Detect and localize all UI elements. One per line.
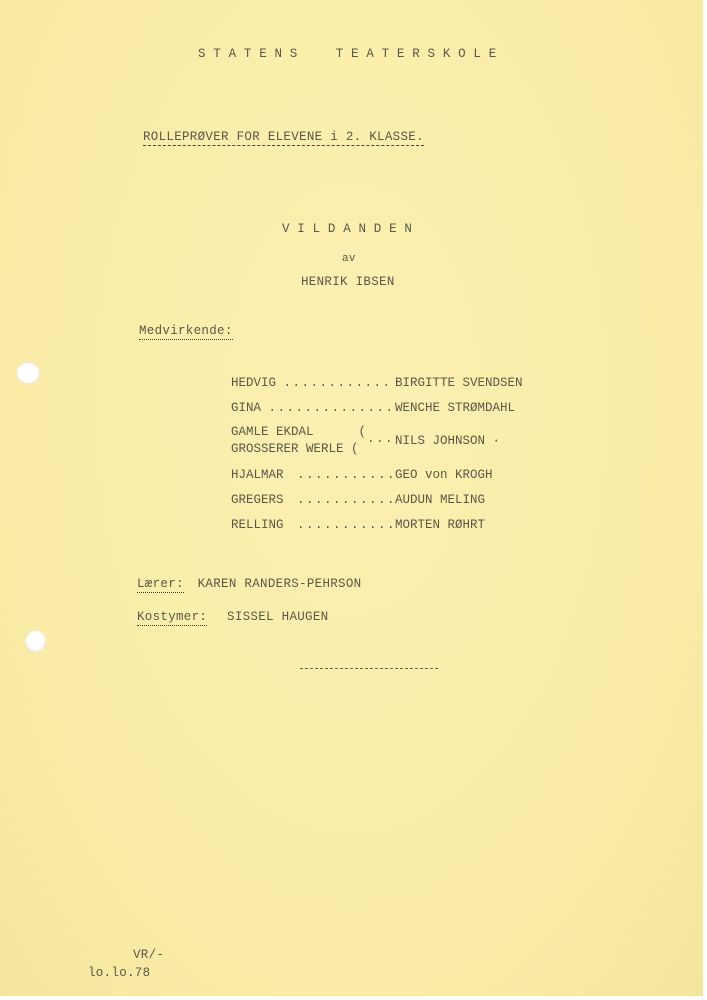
document-page: STATENS TEATERSKOLE ROLLEPRØVER FOR ELEV… [0,0,703,996]
cast-dots: ........... [297,518,396,532]
teacher-name: KAREN RANDERS-PEHRSON [198,577,362,591]
cast-role: GAMLE EKDAL ( [231,425,366,439]
page-edge [0,996,707,1000]
cast-dots: .............. [269,401,395,415]
document-heading: ROLLEPRØVER FOR ELEVENE i 2. KLASSE. [143,130,424,146]
cast-actor: AUDUN MELING [395,493,485,507]
punch-hole [16,362,40,384]
cast-actor: WENCHE STRØMDAHL [395,401,515,415]
costumes-name: SISSEL HAUGEN [227,610,328,624]
play-author: HENRIK IBSEN [301,275,395,289]
cast-row: GREGERS ........... AUDUN MELING [231,493,396,507]
cast-row: RELLING ........... MORTEN RØHRT [231,518,396,532]
cast-dots: ... [367,432,394,446]
teacher-credit: Lærer: KAREN RANDERS-PEHRSON [137,577,361,591]
cast-role-secondary: GROSSERER WERLE ( [231,442,359,456]
footer-date: lo.lo.78 [88,966,150,980]
cast-dots: ........... [297,468,396,482]
cast-row: HJALMAR ........... GEO von KROGH [231,468,396,482]
cast-role: GINA [231,401,261,415]
cast-role: RELLING [231,518,284,532]
play-by: av [342,253,356,265]
institution-header: STATENS TEATERSKOLE [198,47,504,61]
cast-actor: GEO von KROGH [395,468,493,482]
cast-actor: BIRGITTE SVENDSEN [395,376,523,390]
cast-row: GINA .............. WENCHE STRØMDAHL [231,401,395,415]
costumes-label: Kostymer: [137,610,207,626]
cast-role: HEDVIG [231,376,276,390]
cast-role: HJALMAR [231,468,284,482]
cast-label: Medvirkende: [139,324,233,340]
cast-actor: MORTEN RØHRT [395,518,485,532]
cast-dots: ............ [284,376,392,390]
play-title: VILDANDEN [282,222,420,236]
teacher-label: Lærer: [137,577,184,593]
cast-actor: NILS JOHNSON · [395,434,500,448]
cast-dots: ........... [297,493,396,507]
punch-hole [25,630,46,652]
cast-role: GREGERS [231,493,284,507]
costumes-credit: Kostymer: SISSEL HAUGEN [137,610,328,624]
footer-initials: VR/- [133,948,164,962]
divider-line [300,668,438,669]
cast-row: HEDVIG ............ BIRGITTE SVENDSEN [231,376,392,390]
